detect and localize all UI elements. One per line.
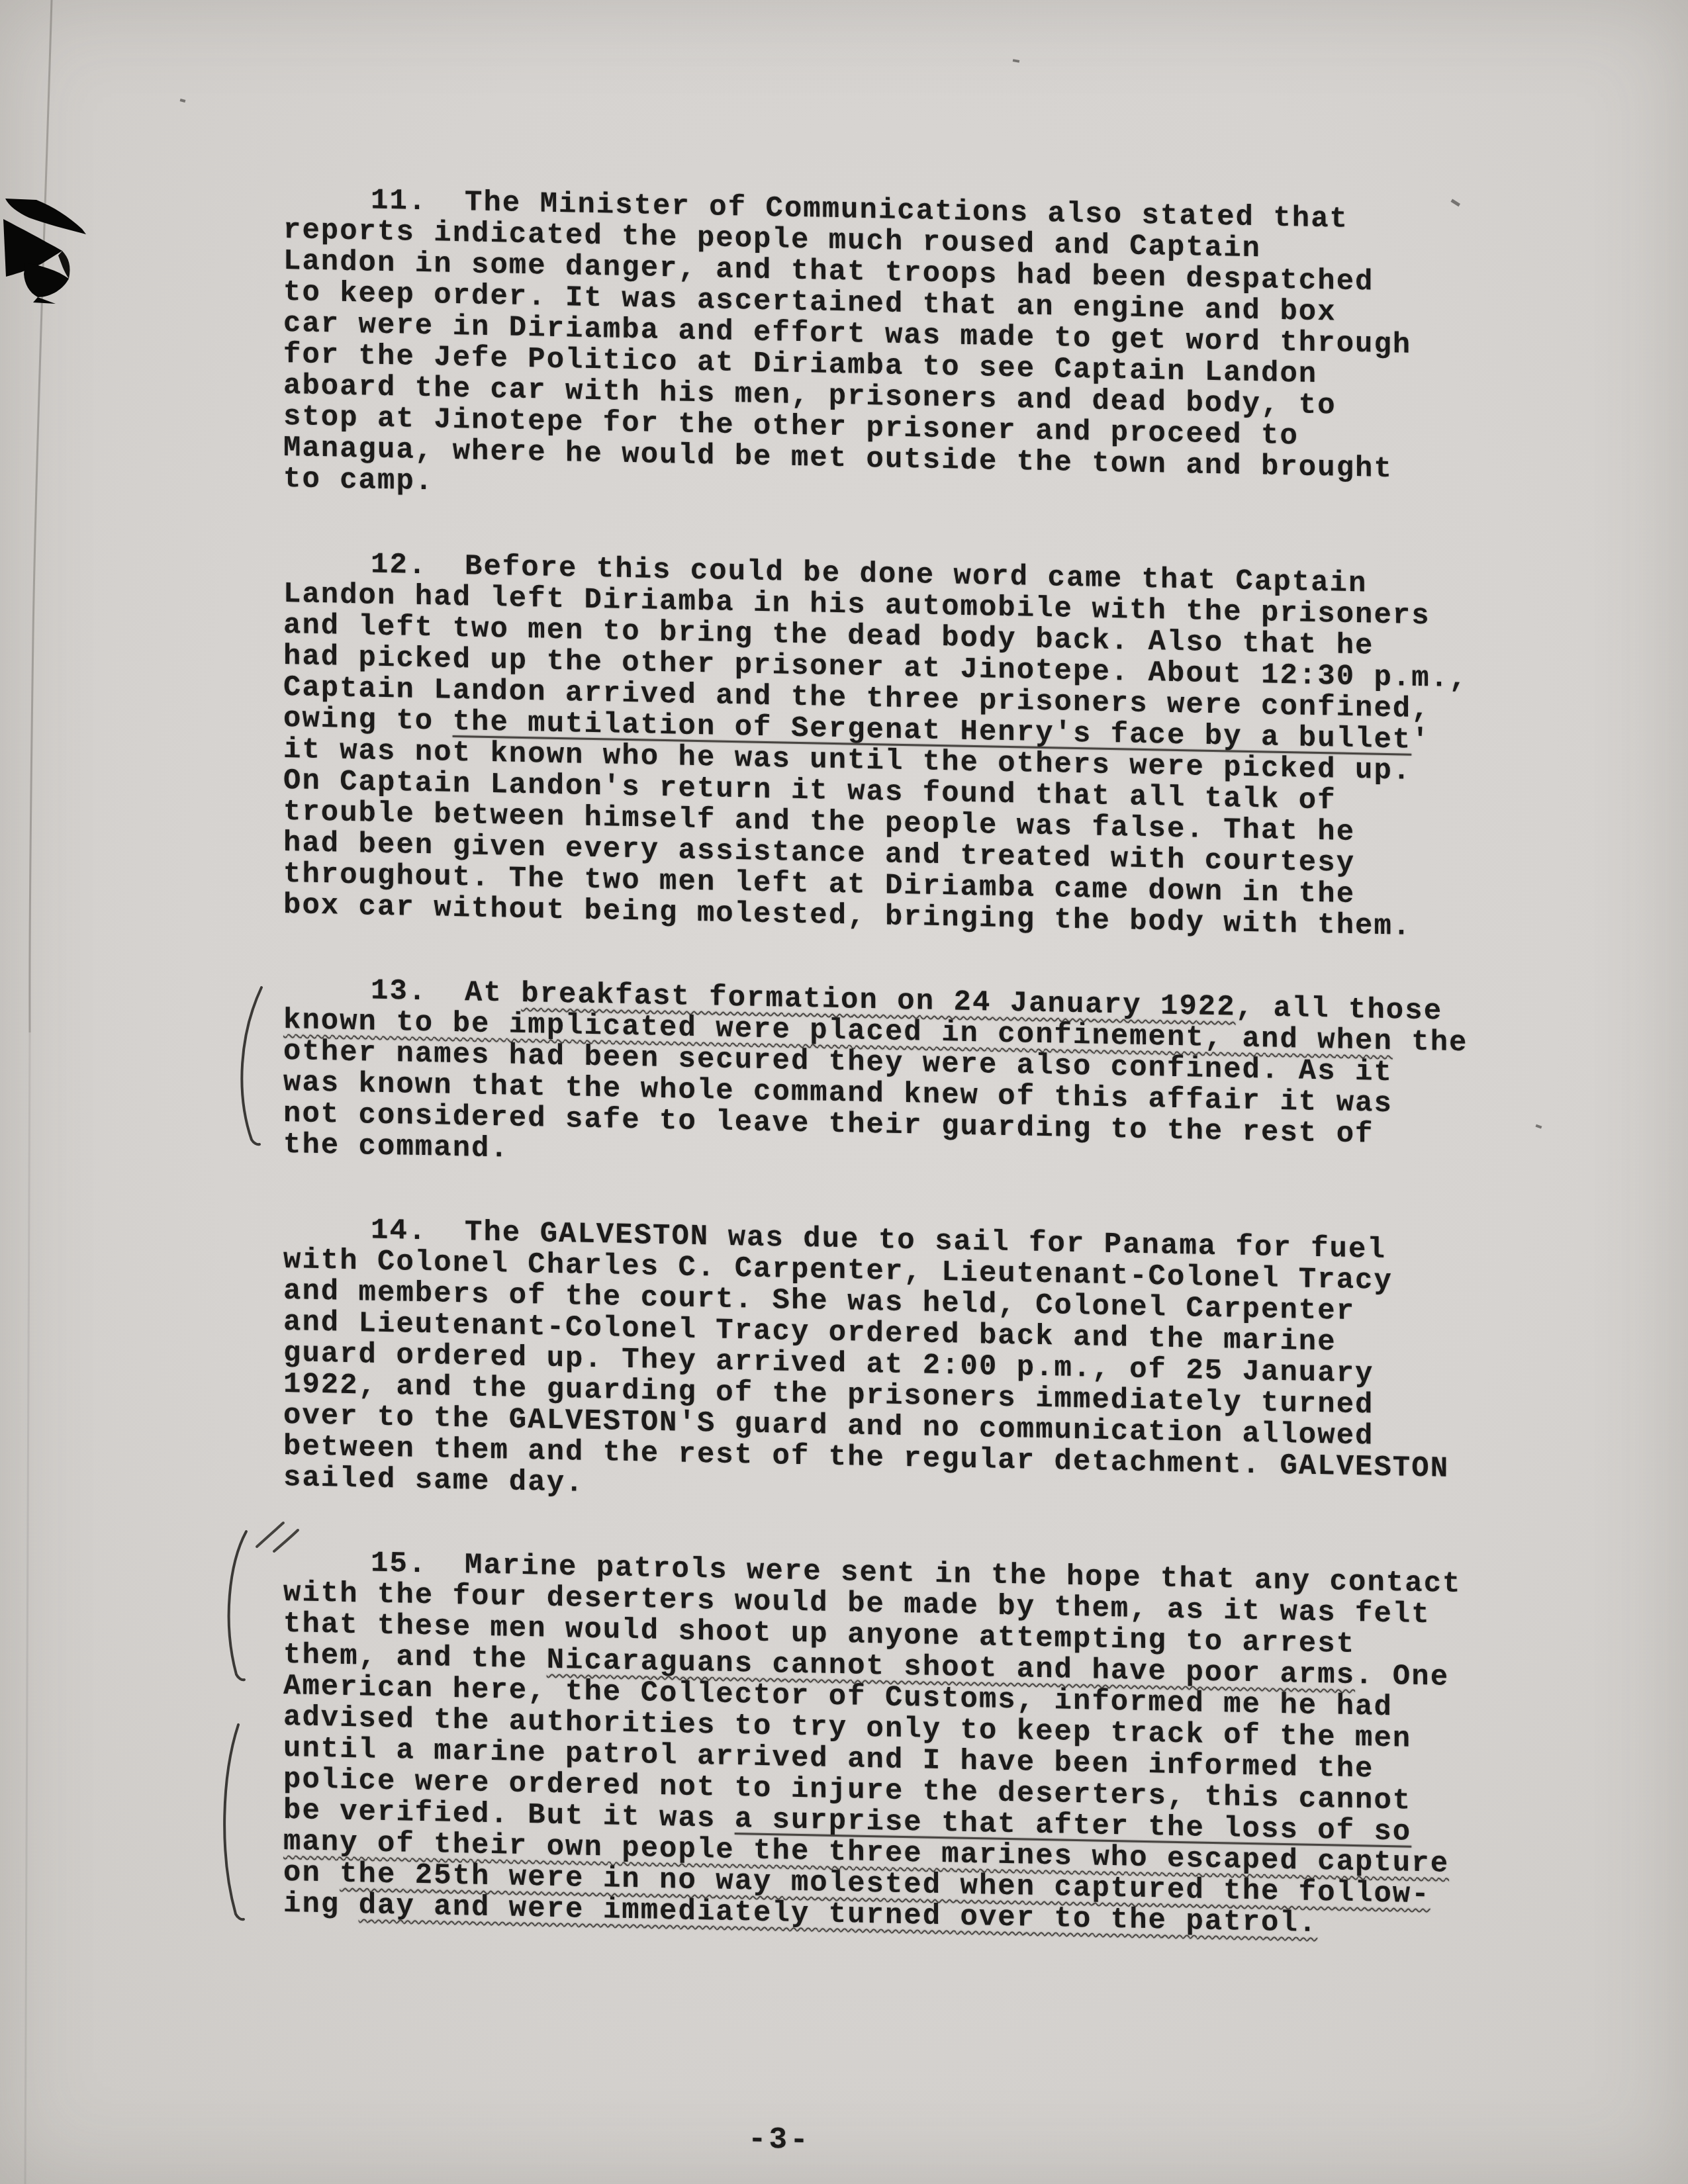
margin-paren-15-top bbox=[229, 1531, 246, 1680]
paragraph-14: 14. The GALVESTON was due to sail for Pa… bbox=[283, 1214, 1554, 1518]
paragraph-12: 12. Before this could be done word came … bbox=[283, 548, 1554, 946]
ink-blot-icon bbox=[3, 199, 86, 304]
scanned-page: 11. The Minister of Communications also … bbox=[0, 0, 1688, 2184]
document-body: 11. The Minister of Communications also … bbox=[283, 184, 1554, 2171]
page-number: -3- bbox=[748, 2124, 811, 2156]
paragraph-15: 15. Marine patrols were sent in the hope… bbox=[283, 1547, 1554, 1944]
margin-paren-13 bbox=[242, 987, 261, 1144]
margin-paren-15-bottom bbox=[224, 1725, 244, 1919]
paragraph-11: 11. The Minister of Communications also … bbox=[283, 184, 1554, 520]
paragraph-13: 13. At breakfast formation on 24 January… bbox=[283, 974, 1554, 1185]
paper-crease bbox=[30, 0, 52, 1032]
paper-crease-lower bbox=[25, 1032, 30, 2184]
